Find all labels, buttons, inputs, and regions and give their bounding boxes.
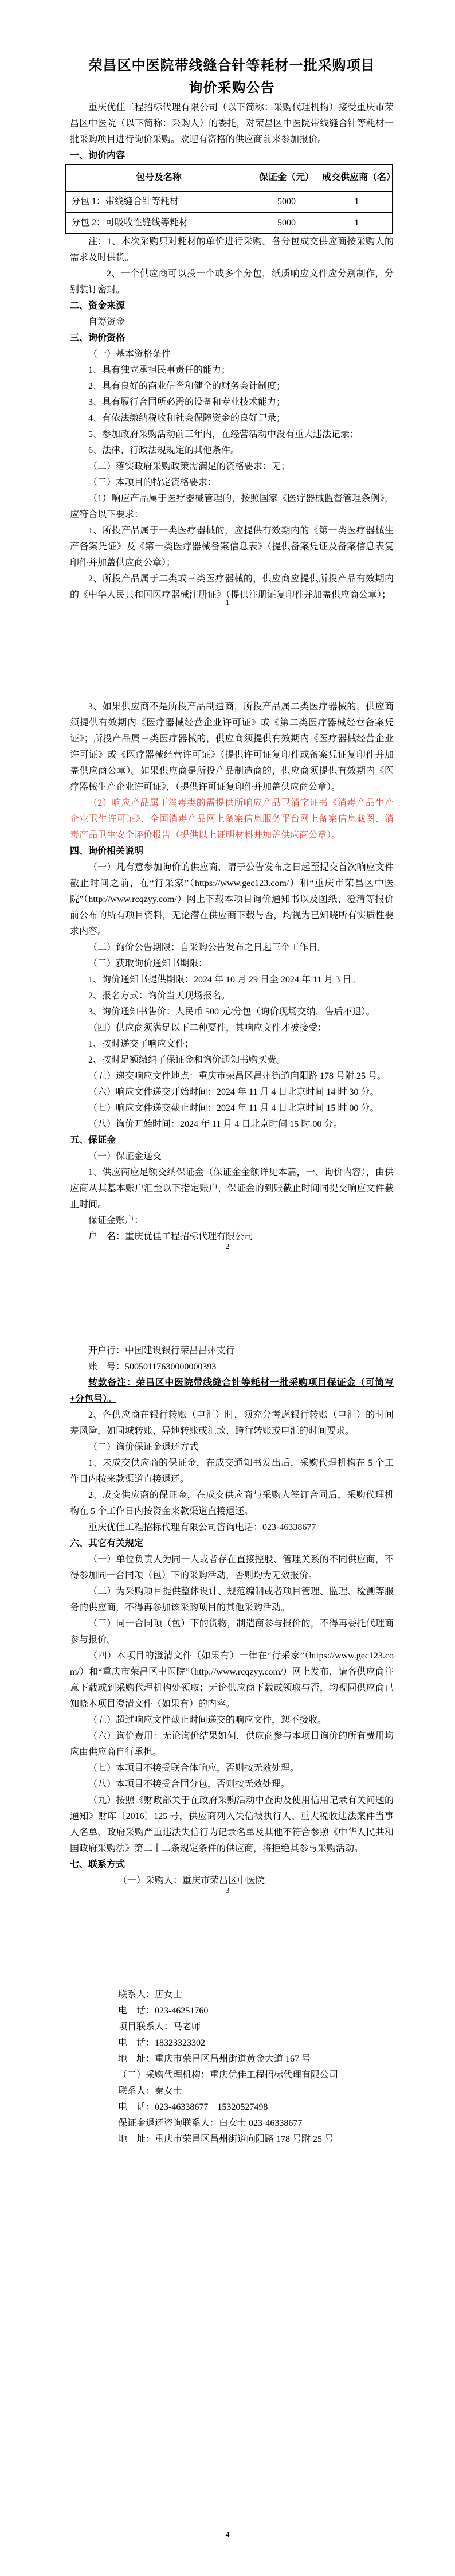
other-rule-item: （三）同一合同项（包）下的货物，制造商参与报价的，不得再委托代理商参与报价。 (70, 1616, 394, 1648)
package1-deposit: 5000 (252, 192, 321, 213)
download-notice: （一）凡有意参加询价的供应商，请于公告发布之日起至提交首次响应文件截止时间之前，… (70, 860, 394, 940)
table-note-2: 2、一个供应商可以投一个或多个分包，纸质响应文件应分别制作，分别装订密封。 (70, 266, 394, 298)
section7-heading: 七、联系方式 (70, 1857, 394, 1873)
table-row: 分包 1：带线缝合针等耗材 5000 1 (66, 192, 393, 213)
section2-heading: 二、资金来源 (70, 298, 394, 314)
policy-qualification: （二）落实政府采购政策需满足的资格要求：无； (70, 459, 394, 475)
page-number: 2 (0, 1242, 455, 1253)
section4-heading: 四、询价相关说明 (70, 844, 394, 860)
package2-name: 分包 2：可吸收性缝线等耗材 (66, 213, 252, 234)
acceptance-condition-item: 1、按时递交了响应文件； (70, 1036, 394, 1052)
page-number: 4 (0, 2530, 455, 2541)
page-4: 联系人：唐女士 电 话：023-46251760 项目联系人：马老师 电 话：1… (0, 1932, 455, 2576)
basic-qualification-item: 4、有依法缴纳税收和社会保障资金的良好记录； (70, 411, 394, 427)
announcement-period: （二）询价公告期限：自采购公告发布之日起三个工作日。 (70, 940, 394, 956)
agency-phone: 电 话：023-46338677 15320527498 (70, 2099, 394, 2116)
table-header-winners: 成交供应商（名） (321, 165, 393, 192)
package1-name: 分包 1：带线缝合针等耗材 (66, 192, 252, 213)
table-header-deposit: 保证金（元） (252, 165, 321, 192)
other-rule-item: （二）为采购项目提供整体设计、规范编制或者项目管理、监理、检测等服务的供应商，不… (70, 1584, 394, 1616)
table-note-1: 注：1、本次采购只对耗材的单价进行采购。各分包成交供应商按采购人的需求及时供货。 (70, 234, 394, 266)
package2-deposit: 5000 (252, 213, 321, 234)
basic-qualification-item: 3、具有履行合同所必需的设备和专业技术能力； (70, 395, 394, 411)
other-rule-item: （一）单位负责人为同一人或者存在直接控股、管理关系的不同供应商，不得参加同一合同… (70, 1552, 394, 1584)
deposit-bank: 开户行：中国建设银行荣昌昌州支行 (70, 1343, 394, 1359)
basic-qualification-item: 5、参加政府采购活动前三年内，在经营活动中没有重大违法记录； (70, 427, 394, 443)
transfer-time-risk: 2、各供应商在银行转账（电汇）时，须充分考虑银行转账（电汇）的时间差风险，如同城… (70, 1407, 394, 1439)
other-rule-item: （四）本项目的澄清文件（如果有）一律在“行采家”（https://www.gec… (70, 1648, 394, 1712)
page-1: 荣昌区中医院带线缝合针等耗材一批采购项目 询价采购公告 重庆优佳工程招标代理有限… (0, 0, 455, 644)
funding-source: 自筹资金 (70, 314, 394, 330)
page-number: 3 (0, 1886, 455, 1897)
acceptance-condition-item: 2、按时足额缴纳了保证金和询价通知书购买费。 (70, 1052, 394, 1068)
other-rule-item: （八）本项目不接受合同分包，否则按无效处理。 (70, 1777, 394, 1793)
buyer-phone: 电 话：023-46251760 (70, 2003, 394, 2019)
basic-qualification-heading: （一）基本资格条件 (70, 346, 394, 362)
page-2: 3、如果供应商不是所投产品制造商，所投产品属二类医疗器械的，供应商须提供有效期内… (0, 644, 455, 1288)
notice-obtain-heading: （三）获取询价通知书期限： (70, 956, 394, 972)
disinfection-product-requirement: （2）响应产品属于消毒类的需提供所响应产品卫消字证书《消毒产品生产企业卫生许可证… (70, 795, 394, 844)
deposit-refund-contact: 保证金退还咨询联系人：白女士 023-46338677 (70, 2116, 394, 2132)
section1-heading: 一、询价内容 (70, 148, 394, 164)
agency-consult-phone: 重庆优佳工程招标代理有限公司咨询电话：023-46338677 (70, 1520, 394, 1536)
deposit-refund-heading: （二）询价保证金退还方式 (70, 1439, 394, 1455)
buyer-address: 地 址：重庆市荣昌区昌州街道黄金大道 167 号 (70, 2051, 394, 2067)
refund-successful: 2、成交供应商的保证金，在成交供应商与采购人签订合同后，采购代理机构在 5 个工… (70, 1488, 394, 1520)
other-rule-item: （七）本项目不接受联合体响应，否则按无效处理。 (70, 1761, 394, 1777)
intro-paragraph: 重庆优佳工程招标代理有限公司（以下简称：采购代理机构）接受重庆市荣昌区中医院（以… (70, 100, 394, 148)
notice-period-item: 1、询价通知书提供期限：2024 年 10 月 29 日至 2024 年 11 … (70, 972, 394, 988)
table-header-package: 包号及名称 (66, 165, 252, 192)
submission-place: （五）递交响应文件地点：重庆市荣昌区昌州街道向阳路 178 号附 25 号。 (70, 1068, 394, 1084)
refund-unsuccessful: 1、未成交供应商的保证金，在成交通知书发出后，采购代理机构在 5 个工作日内按来… (70, 1455, 394, 1488)
transfer-remark: 转款备注：荣昌区中医院带线缝合针等耗材一批采购项目保证金（可简写+分包号）。 (70, 1375, 394, 1407)
other-rule-item: （六）询价费用：无论询价结果如何，供应商参与本项目询价的所有费用均应由供应商自行… (70, 1728, 394, 1761)
submission-deadline: （七）响应文件递交截止时间：2024 年 11 月 4 日北京时间 15 时 0… (70, 1100, 394, 1117)
class1-device-item: 1、所投产品属于一类医疗器械的，应提供有效期内的《第一类医疗器械生产备案凭证》及… (70, 523, 394, 571)
basic-qualification-item: 1、具有独立承担民事责任的能力； (70, 362, 394, 378)
buyer-contact-person: 联系人：唐女士 (70, 1987, 394, 2003)
page-3: 开户行：中国建设银行荣昌昌州支行 账 号：5005011763000000039… (0, 1288, 455, 1932)
project-contact-person: 项目联系人：马老师 (70, 2019, 394, 2035)
inquiry-start-time: （八）询价开始时间：2024 年 11 月 4 日北京时间 15 时 00 分。 (70, 1117, 394, 1133)
other-rule-item: （九）按照《财政部关于在政府采购活动中查询及使用信用记录有关问题的通知》财库〔2… (70, 1793, 394, 1857)
acceptance-conditions-heading: （四）供应商须满足以下二种要件，其响应文件才被接受： (70, 1020, 394, 1036)
deposit-submission-heading: （一）保证金递交 (70, 1149, 394, 1165)
notice-price-item: 3、询价通知书售价：人民币 500 元/分包（询价现场交纳，售后不退）。 (70, 1004, 394, 1020)
project-contact-phone: 电 话：18323323302 (70, 2035, 394, 2051)
other-rule-item: （五）超过响应文件截止时间递交的响应文件，恕不接收。 (70, 1712, 394, 1728)
agency-contact-person: 联系人：秦女士 (70, 2083, 394, 2099)
agency-name: （二）采购代理机构：重庆优佳工程招标代理有限公司 (70, 2067, 394, 2083)
deposit-account-number: 账 号：50050117630000000393 (70, 1359, 394, 1375)
non-manufacturer-item: 3、如果供应商不是所投产品制造商，所投产品属二类医疗器械的，供应商须提供有效期内… (70, 699, 394, 795)
specific-qualification-heading: （三）本项目的特定资格要求： (70, 475, 394, 491)
basic-qualification-item: 6、法律、行政法规规定的其他条件。 (70, 443, 394, 459)
section5-heading: 五、保证金 (70, 1133, 394, 1149)
submission-start-time: （六）响应文件递交开始时间：2024 年 11 月 4 日北京时间 14 时 3… (70, 1084, 394, 1100)
inquiry-content-table: 包号及名称 保证金（元） 成交供应商（名） 分包 1：带线缝合针等耗材 5000… (65, 164, 393, 234)
medical-device-requirement: （1）响应产品属于医疗器械管理的，按照国家《医疗器械监督管理条例》，应符合以下要… (70, 491, 394, 523)
deposit-payment-rule: 1、供应商应足额交纳保证金（保证金金额详见本篇，一、询价内容），由供应商从其基本… (70, 1165, 394, 1213)
table-row: 分包 2：可吸收性缝线等耗材 5000 1 (66, 213, 393, 234)
basic-qualification-item: 2、具有良好的商业信誉和健全的财务会计制度； (70, 378, 394, 395)
table-header-row: 包号及名称 保证金（元） 成交供应商（名） (66, 165, 393, 192)
doc-title-line2: 询价采购公告 (70, 77, 394, 100)
package1-winners: 1 (321, 192, 393, 213)
section6-heading: 六、其它有关规定 (70, 1536, 394, 1552)
deposit-account-label: 保证金账户： (70, 1213, 394, 1229)
section3-heading: 三、询价资格 (70, 330, 394, 346)
page-number: 1 (0, 598, 455, 609)
signup-method-item: 2、报名方式：询价当天现场报名。 (70, 988, 394, 1004)
package2-winners: 1 (321, 213, 393, 234)
agency-address: 地 址：重庆市荣昌区昌州街道向阳路 178 号附 25 号 (70, 2132, 394, 2148)
doc-title-line1: 荣昌区中医院带线缝合针等耗材一批采购项目 (70, 55, 394, 77)
